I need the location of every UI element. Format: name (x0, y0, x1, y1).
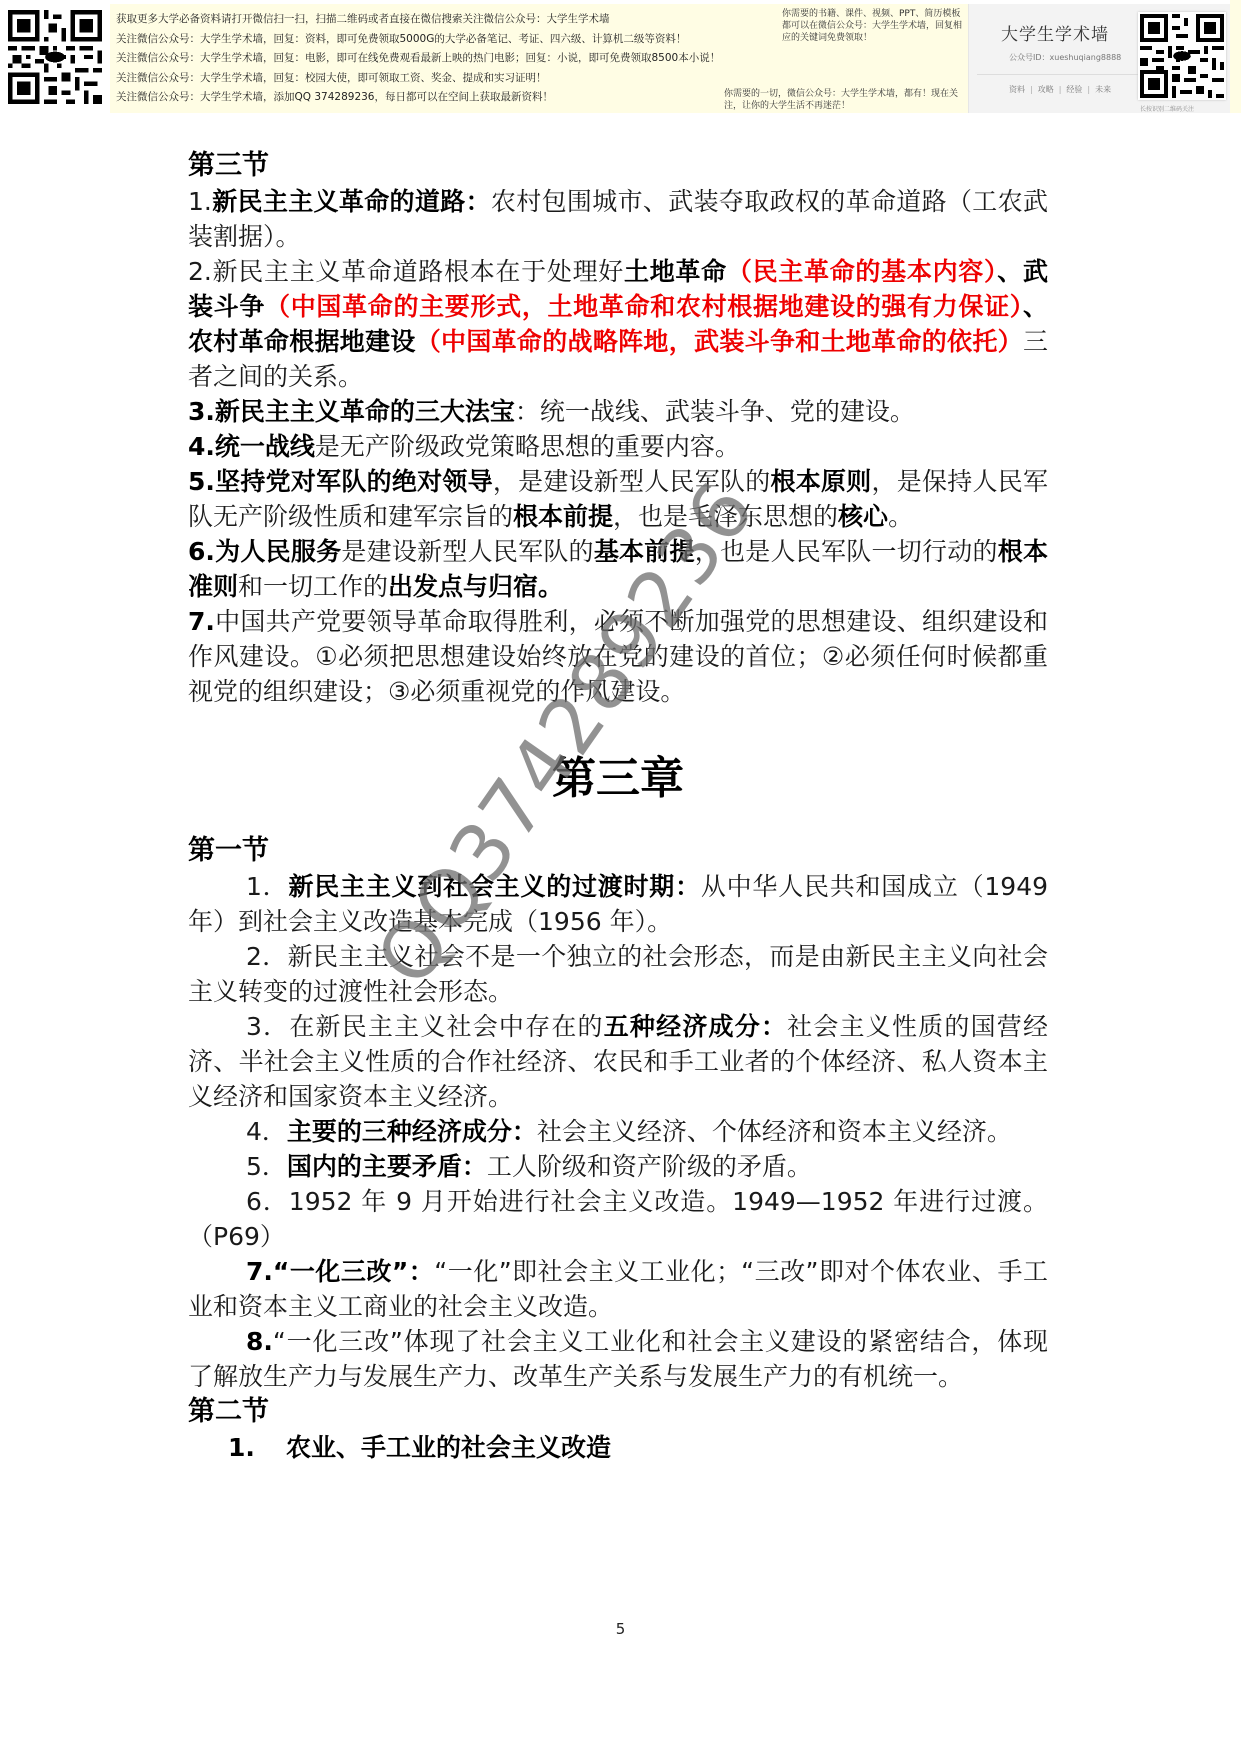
item-number: 1. (188, 187, 212, 216)
item-number: 1. (228, 1430, 286, 1465)
section-title: 第三节 (188, 148, 1048, 184)
item-number: 4． (246, 1117, 287, 1146)
item-number: 7. (246, 1257, 273, 1286)
item-keyword: 五种经济成分： (604, 1012, 787, 1041)
item-number: 2. (188, 257, 212, 286)
ad-banner: 获取更多大学必备资料请打开微信扫一扫，扫描二维码或者直接在微信搜索关注微信公众号… (0, 0, 1241, 113)
list-item: 4．主要的三种经济成分：社会主义经济、个体经济和资本主义经济。 (188, 1114, 1048, 1149)
item-text: 是建设新型人民军队的 (341, 537, 593, 566)
chapter-title: 第三章 (188, 749, 1048, 809)
list-item: 3.新民主主义革命的三大法宝：统一战线、武装斗争、党的建设。 (188, 394, 1048, 429)
item-number: 4. (188, 432, 215, 461)
qr-code-left (8, 10, 102, 104)
list-item: 8.“一化三改”体现了社会主义工业化和社会主义建设的紧密结合，体现了解放生产力与… (188, 1324, 1048, 1394)
item-keyword: 坚持党对军队的绝对领导 (215, 467, 493, 496)
ad-line: 关注微信公众号：大学生学术墙，回复：电影，即可在线免费观看最新上映的热门电影；回… (116, 49, 720, 69)
item-text: 新民主主义社会不是一个独立的社会形态，而是由新民主主义向社会主义转变的过渡性社会… (188, 942, 1048, 1006)
ad-line: 关注微信公众号：大学生学术墙，回复：校园大使，即可领取工资、奖金、提成和实习证明… (116, 69, 720, 89)
ad-line: 关注微信公众号：大学生学术墙，回复：资料，即可免费领取5000G的大学必备笔记、… (116, 30, 720, 50)
ad-text-panel: 获取更多大学必备资料请打开微信扫一扫，扫描二维码或者直接在微信搜索关注微信公众号… (110, 4, 968, 113)
item-number: 6. (188, 537, 215, 566)
list-item: 5.坚持党对军队的绝对领导，是建设新型人民军队的根本原则，是保持人民军队无产阶级… (188, 464, 1048, 534)
link-future: 未来 (1095, 85, 1111, 94)
list-item: 1.新民主主义革命的道路：农村包围城市、武装夺取政权的革命道路（工农武装割据）。 (188, 184, 1048, 254)
link-experience: 经验 (1066, 85, 1082, 94)
item-text: “一化三改”体现了社会主义工业化和社会主义建设的紧密结合，体现了解放生产力与发展… (188, 1327, 1048, 1391)
item-annotation: （中国革命的主要形式，土地革命和农村根据地建设的强有力保证） (265, 292, 1023, 321)
item-keyword: 主要的三种经济成分： (287, 1117, 537, 1146)
page-number: 5 (0, 1620, 1241, 1638)
item-text: 工人阶级和资产阶级的矛盾。 (487, 1152, 812, 1181)
item-keyword: 新民主主义革命的道路： (212, 187, 491, 216)
item-keyword: 为人民服务 (215, 537, 341, 566)
item-text: 社会主义经济、个体经济和资本主义经济。 (537, 1117, 1012, 1146)
item-keyword: 土地革命 (624, 257, 727, 286)
document-body: 第三节 1.新民主主义革命的道路：农村包围城市、武装夺取政权的革命道路（工农武装… (188, 148, 1048, 1465)
list-item: 7.“一化三改”：“一化”即社会主义工业化；“三改”即对个体农业、手工业和资本主… (188, 1254, 1048, 1324)
account-name: 大学生学术墙 (1001, 20, 1109, 45)
item-text: 在新民主主义社会中存在的 (289, 1012, 603, 1041)
list-item: 2.新民主主义革命道路根本在于处理好土地革命（民主革命的基本内容）、武装斗争（中… (188, 254, 1048, 394)
qr-caption: 长按识别二维码关注 (1140, 104, 1194, 113)
item-text: 农业、手工业的社会主义改造 (286, 1433, 611, 1462)
link-guides: 攻略 (1038, 85, 1054, 94)
item-number: 3． (246, 1012, 289, 1041)
ad-line: 关注微信公众号：大学生学术墙，添加QQ 374289236，每日都可以在空间上获… (116, 88, 720, 108)
item-number: 3. (188, 397, 215, 426)
item-keyword: 农村革命根据地建设 (188, 327, 416, 356)
link-materials: 资料 (1009, 85, 1025, 94)
item-number: 8. (246, 1327, 273, 1356)
item-keyword: 新民主主义革命的三大法宝 (215, 397, 515, 426)
separator: 、 (997, 257, 1023, 286)
ad-note-bottom: 你需要的一切，微信公众号：大学生学术墙，都有！现在关注，让你的大学生活不再迷茫！ (724, 88, 964, 112)
ad-note-top: 你需要的书籍、课件、视频、PPT、简历模板都可以在微信公众号：大学生学术墙，回复… (782, 8, 962, 44)
item-keyword: 根本原则 (771, 467, 872, 496)
item-keyword: 统一战线 (215, 432, 315, 461)
divider (977, 74, 1147, 75)
section-title: 第二节 (188, 1394, 1048, 1430)
item-keyword: “一化三改”： (273, 1257, 434, 1286)
ad-line: 获取更多大学必备资料请打开微信扫一扫，扫描二维码或者直接在微信搜索关注微信公众号… (116, 10, 720, 30)
item-number: 5． (246, 1152, 287, 1181)
account-links: 资料|攻略|经验|未来 (1009, 84, 1111, 95)
item-text: 1952 年 9 月开始进行社会主义改造。1949—1952 年进行过渡。（P6… (188, 1187, 1048, 1251)
item-keyword: 核心 (838, 502, 888, 531)
item-number: 5. (188, 467, 215, 496)
list-item: 1．新民主主义到社会主义的过渡时期：从中华人民共和国成立（1949 年）到社会主… (188, 869, 1048, 939)
item-text: 是无产阶级政党策略思想的重要内容。 (315, 432, 740, 461)
item-keyword: 出发点与归宿。 (388, 572, 563, 601)
item-number: 1． (246, 872, 288, 901)
section-title: 第一节 (188, 833, 1048, 869)
item-annotation: （中国革命的战略阵地，武装斗争和土地革命的依托） (416, 327, 1023, 356)
item-text: 。 (888, 502, 913, 531)
banner-edge (1230, 0, 1241, 113)
list-item: 2．新民主主义社会不是一个独立的社会形态，而是由新民主主义向社会主义转变的过渡性… (188, 939, 1048, 1009)
item-number: 7. (188, 607, 215, 636)
item-number: 2． (246, 942, 288, 971)
list-item: 5．国内的主要矛盾：工人阶级和资产阶级的矛盾。 (188, 1149, 1048, 1184)
item-keyword: 国内的主要矛盾： (287, 1152, 487, 1181)
item-keyword: 根本前提 (513, 502, 613, 531)
subsection-heading: 1.农业、手工业的社会主义改造 (188, 1430, 1048, 1465)
list-item: 4.统一战线是无产阶级政党策略思想的重要内容。 (188, 429, 1048, 464)
separator: 、 (1023, 292, 1048, 321)
item-text: ：统一战线、武装斗争、党的建设。 (515, 397, 915, 426)
item-number: 6． (246, 1187, 289, 1216)
list-item: 3．在新民主主义社会中存在的五种经济成分：社会主义性质的国营经济、半社会主义性质… (188, 1009, 1048, 1114)
item-annotation: （民主革命的基本内容） (727, 257, 997, 286)
item-text: 和一切工作的 (238, 572, 388, 601)
list-item: 6．1952 年 9 月开始进行社会主义改造。1949—1952 年进行过渡。（… (188, 1184, 1048, 1254)
account-id: 公众号ID：xueshuqiang8888 (1009, 52, 1121, 63)
qr-code-right (1138, 12, 1226, 100)
item-text: 新民主主义革命道路根本在于处理好 (212, 257, 624, 286)
